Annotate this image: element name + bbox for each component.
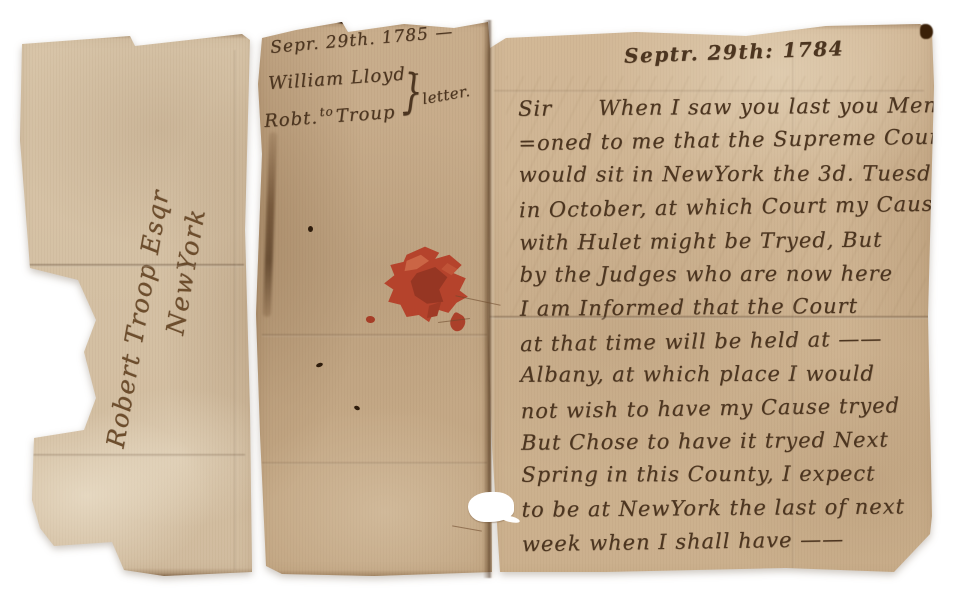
address-leaf: Robert Troop Esqr NewYork	[14, 30, 258, 578]
letter-date: Septr. 29th: 1784	[624, 36, 845, 68]
address-block: Robert Troop Esqr NewYork	[97, 163, 218, 480]
letter-page-paper: Septr. 29th: 1784 SirWhen I saw you last…	[486, 16, 938, 582]
letter-line: SirWhen I saw you last you Menti=	[518, 90, 930, 127]
letter-line: at that time will be held at ——	[520, 323, 932, 363]
docket-panel-paper: Sepr. 29th. 1785 — William Lloyd - Robt.…	[254, 14, 492, 580]
docket-to-label: to	[319, 104, 334, 119]
docket-date: Sepr. 29th. 1785 —	[269, 22, 454, 58]
corner-stain	[920, 24, 933, 39]
letter-line: Albany, at which place I would	[520, 358, 932, 393]
wax-fragment	[366, 316, 375, 323]
docket-sender: William Lloyd -	[267, 63, 420, 95]
letter-leaf: Septr. 29th: 1784 SirWhen I saw you last…	[486, 16, 938, 582]
letter-body: SirWhen I saw you last you Menti= =oned …	[518, 90, 934, 561]
docket-recipient-surname: Troup -	[335, 101, 410, 127]
ink-speck	[316, 362, 324, 368]
fold-crease	[262, 462, 487, 465]
ink-smear	[263, 132, 277, 317]
salutation: Sir	[518, 97, 552, 121]
letter-line: to be at NewYork the last of next	[521, 491, 933, 528]
fold-crease	[234, 50, 237, 570]
docket-recipient-abbr: Robt.	[264, 107, 319, 132]
ink-speck	[308, 226, 313, 232]
docket-doc-type: letter.	[421, 82, 472, 108]
letter-line: I am Informed that the Court	[520, 291, 932, 328]
docket-recipient: Robt.toTroup -	[263, 99, 410, 132]
letter-line: week when I shall have ——	[522, 523, 934, 563]
docket-leaf: Sepr. 29th. 1785 — William Lloyd - Robt.…	[254, 14, 492, 580]
letter-line: But Chose to have it tryed Next	[521, 424, 933, 461]
letter-line: with Hulet might be Tryed, But	[519, 224, 931, 261]
photographed-letter: Robert Troop Esqr NewYork Sepr. 29th. 17…	[0, 0, 953, 600]
letter-line: not wish to have my Cause tryed	[520, 389, 932, 429]
letter-line: in October, at which Court my Cause	[519, 189, 931, 229]
letter-line: =oned to me that the Supreme Court	[518, 122, 930, 162]
letter-line: would sit in NewYork the 3d. Tuesday	[519, 158, 931, 193]
letter-line-text: When I saw you last you Menti=	[598, 93, 953, 120]
ink-speck	[353, 405, 360, 411]
letter-line: Spring in this County, I expect	[521, 459, 933, 494]
address-panel-paper: Robert Troop Esqr NewYork	[14, 30, 258, 578]
burn-stain	[332, 12, 362, 24]
docket-brace: }	[402, 63, 422, 120]
letter-line: by the Judges who are now here	[520, 258, 932, 293]
